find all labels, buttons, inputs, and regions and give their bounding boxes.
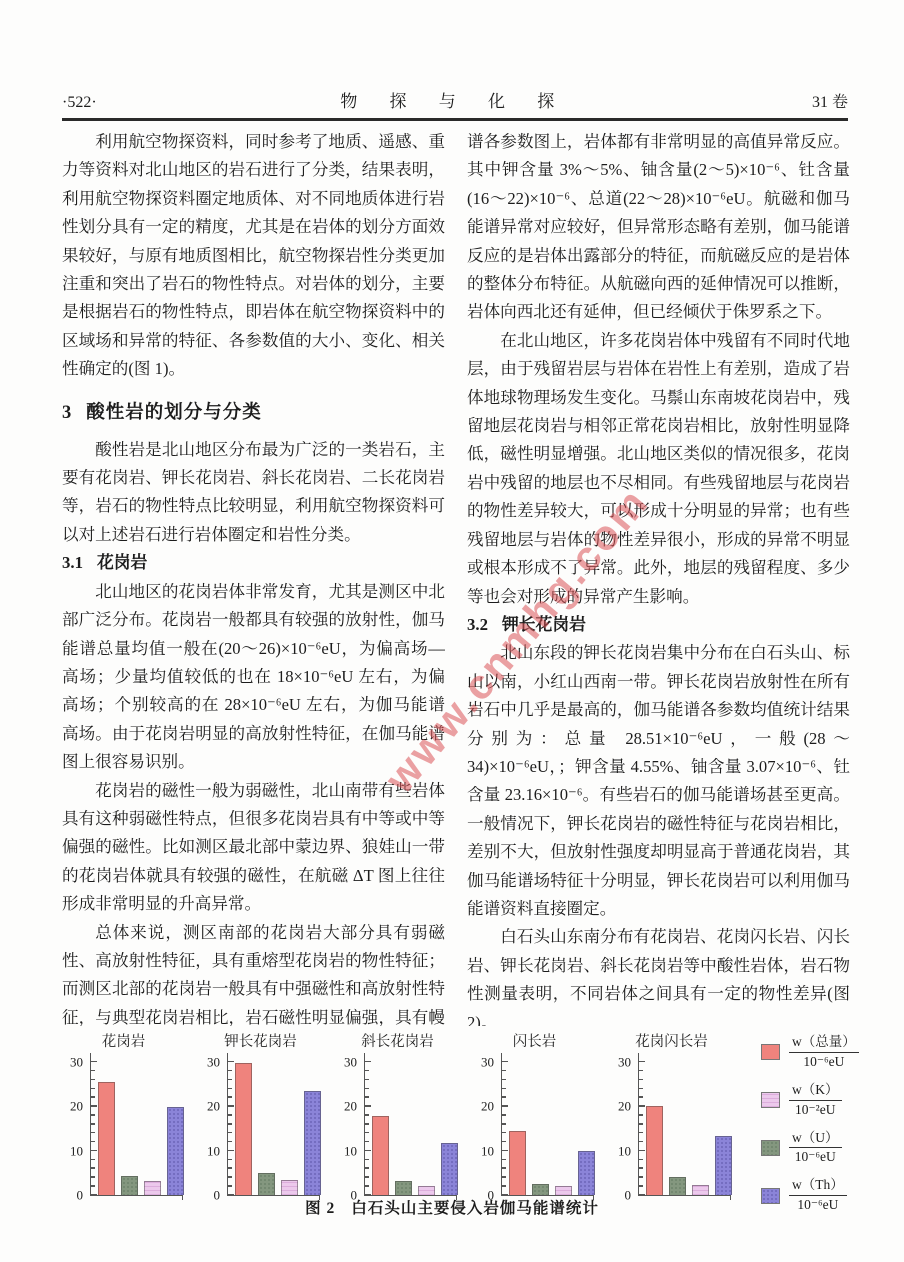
- y-axis-minor-tick: [502, 1123, 506, 1125]
- chart-plot-area: 0102030: [501, 1053, 594, 1196]
- y-axis-minor-tick: [639, 1079, 643, 1081]
- paragraph: 总体来说，测区南部的花岗岩大部分具有弱磁性、高放射性特征，具有重熔型花岗岩的物性…: [62, 919, 445, 1026]
- left-column: 利用航空物探资料，同时参考了地质、遥感、重力等资料对北山地区的岩石进行了分类，结…: [62, 128, 445, 1026]
- y-axis-minor-tick: [502, 1096, 506, 1098]
- y-axis-minor-tick: [365, 1079, 369, 1081]
- y-axis-major-tick: [365, 1105, 371, 1107]
- y-axis-tick-label: 20: [207, 1100, 220, 1113]
- bar-Th: [578, 1151, 595, 1195]
- y-axis-minor-tick: [228, 1176, 232, 1178]
- y-axis-minor-tick: [91, 1141, 95, 1143]
- bar-U: [121, 1176, 138, 1195]
- y-axis-major-tick: [502, 1061, 508, 1063]
- y-axis-minor-tick: [365, 1159, 369, 1161]
- bar-U: [258, 1173, 275, 1195]
- paragraph: 利用航空物探资料，同时参考了地质、遥感、重力等资料对北山地区的岩石进行了分类，结…: [62, 128, 445, 384]
- y-axis-minor-tick: [91, 1185, 95, 1187]
- bar-总量: [98, 1082, 115, 1195]
- bar-总量: [509, 1131, 526, 1195]
- section-3-1-heading: 3.1花岗岩: [62, 549, 445, 577]
- paragraph: 在北山地区，许多花岗岩体中残留有不同时代地层，由于残留岩层与岩体在岩性上有差别，…: [467, 327, 850, 611]
- y-axis-minor-tick: [365, 1167, 369, 1169]
- y-axis-major-tick: [91, 1061, 97, 1063]
- legend-label: w（总量）10⁻⁶eU: [789, 1034, 859, 1071]
- bar-K: [281, 1180, 298, 1195]
- chart-bars: [235, 1063, 321, 1195]
- y-axis-minor-tick: [365, 1070, 369, 1072]
- y-axis-minor-tick: [228, 1123, 232, 1125]
- legend-item: w（U）10⁻⁶eU: [761, 1130, 899, 1167]
- section-title: 花岗岩: [97, 553, 147, 572]
- y-axis-minor-tick: [365, 1114, 369, 1116]
- legend-denominator: 10⁻⁶eU: [789, 1148, 842, 1166]
- legend-numerator: w（U）: [789, 1130, 842, 1149]
- y-axis-minor-tick: [639, 1176, 643, 1178]
- section-number: 3.1: [62, 553, 83, 572]
- paragraph: 谱各参数图上，岩体都有非常明显的高值异常反应。其中钾含量 3%～5%、铀含量(2…: [467, 128, 850, 327]
- y-axis-major-tick: [228, 1061, 234, 1063]
- section-3-heading: 3酸性岩的划分与分类: [62, 398, 445, 424]
- legend-item: w（总量）10⁻⁶eU: [761, 1034, 899, 1071]
- y-axis-minor-tick: [91, 1176, 95, 1178]
- y-axis-major-tick: [365, 1150, 371, 1152]
- y-axis-minor-tick: [91, 1123, 95, 1125]
- y-axis-minor-tick: [228, 1070, 232, 1072]
- y-axis-minor-tick: [502, 1176, 506, 1178]
- chart-legend: w（总量）10⁻⁶eUw（K）10⁻²eUw（U）10⁻⁶eUw（Th）10⁻⁶…: [761, 1034, 899, 1214]
- chart-panel-title: 闪长岩: [471, 1030, 598, 1051]
- section-3-2-heading: 3.2钾长花岗岩: [467, 611, 850, 639]
- y-axis-minor-tick: [639, 1088, 643, 1090]
- y-axis-minor-tick: [91, 1096, 95, 1098]
- y-axis-tick-label: 10: [70, 1144, 83, 1157]
- chart-panel-title: 花岗岩: [60, 1030, 187, 1051]
- y-axis-tick-label: 30: [70, 1055, 83, 1068]
- legend-numerator: w（K）: [789, 1082, 842, 1101]
- bar-Th: [441, 1143, 458, 1195]
- bar-总量: [372, 1116, 389, 1195]
- figure-caption-text: 白石头山主要侵入岩伽马能谱统计: [351, 1200, 599, 1217]
- y-axis-tick-label: 30: [207, 1055, 220, 1068]
- paragraph: 北山东段的钾长花岗岩集中分布在白石头山、标山以南，小红山西南一带。钾长花岗岩放射…: [467, 639, 850, 923]
- y-axis-minor-tick: [365, 1176, 369, 1178]
- bar-U: [532, 1184, 549, 1195]
- chart-bars: [646, 1106, 732, 1195]
- figure-2-bar-charts: 花岗岩0102030钾长花岗岩0102030斜长花岗岩0102030闪长岩010…: [60, 1030, 856, 1200]
- chart-panel: 钾长花岗岩0102030: [197, 1030, 324, 1196]
- paragraph: 花岗岩的磁性一般为弱磁性，北山南带有些岩体具有这种弱磁性特点，但很多花岗岩具有中…: [62, 777, 445, 919]
- y-axis-minor-tick: [365, 1123, 369, 1125]
- bar-U: [395, 1181, 412, 1195]
- section-title: 酸性岩的划分与分类: [86, 403, 262, 423]
- chart-plot-area: 0102030: [90, 1053, 183, 1196]
- y-axis-minor-tick: [502, 1132, 506, 1134]
- paper-page: ·522· 物 探 与 化 探 31 卷 www.cnmhg.com 利用航空物…: [0, 0, 904, 1262]
- y-axis-minor-tick: [639, 1132, 643, 1134]
- y-axis-minor-tick: [228, 1159, 232, 1161]
- paragraph: 酸性岩是北山地区分布最为广泛的一类岩石，主要有花岗岩、钾长花岗岩、斜长花岗岩、二…: [62, 436, 445, 550]
- y-axis-minor-tick: [502, 1185, 506, 1187]
- y-axis-minor-tick: [91, 1079, 95, 1081]
- y-axis-minor-tick: [91, 1167, 95, 1169]
- bar-K: [418, 1186, 435, 1195]
- y-axis-minor-tick: [502, 1167, 506, 1169]
- y-axis-minor-tick: [365, 1141, 369, 1143]
- y-axis-major-tick: [91, 1105, 97, 1107]
- y-axis-minor-tick: [228, 1114, 232, 1116]
- bar-Th: [304, 1091, 321, 1195]
- y-axis-minor-tick: [639, 1185, 643, 1187]
- legend-denominator: 10⁻²eU: [789, 1101, 842, 1119]
- y-axis-minor-tick: [639, 1159, 643, 1161]
- y-axis-minor-tick: [639, 1123, 643, 1125]
- legend-swatch: [761, 1140, 780, 1156]
- right-column: 谱各参数图上，岩体都有非常明显的高值异常反应。其中钾含量 3%～5%、铀含量(2…: [467, 128, 850, 1026]
- y-axis-tick-label: 20: [70, 1100, 83, 1113]
- y-axis-minor-tick: [365, 1088, 369, 1090]
- paragraph: 北山地区的花岗岩体非常发育，尤其是测区中北部广泛分布。花岗岩一般都具有较强的放射…: [62, 578, 445, 777]
- page-number: ·522·: [62, 94, 97, 112]
- y-axis-minor-tick: [639, 1167, 643, 1169]
- chart-plot-area: 0102030: [227, 1053, 320, 1196]
- y-axis-tick-label: 10: [344, 1144, 357, 1157]
- text-columns: 利用航空物探资料，同时参考了地质、遥感、重力等资料对北山地区的岩石进行了分类，结…: [62, 128, 850, 1026]
- y-axis-tick-label: 20: [481, 1100, 494, 1113]
- bar-Th: [715, 1136, 732, 1195]
- chart-panel-title: 花岗闪长岩: [608, 1030, 735, 1051]
- bar-总量: [235, 1063, 252, 1195]
- y-axis-minor-tick: [502, 1114, 506, 1116]
- y-axis-minor-tick: [91, 1114, 95, 1116]
- chart-bars: [509, 1131, 595, 1195]
- y-axis-tick-label: 30: [481, 1055, 494, 1068]
- y-axis-major-tick: [639, 1061, 645, 1063]
- y-axis-minor-tick: [639, 1141, 643, 1143]
- y-axis-minor-tick: [639, 1114, 643, 1116]
- chart-panel: 斜长花岗岩0102030: [334, 1030, 461, 1196]
- y-axis-minor-tick: [639, 1096, 643, 1098]
- y-axis-minor-tick: [365, 1132, 369, 1134]
- bar-Th: [167, 1107, 184, 1195]
- bar-U: [669, 1177, 686, 1195]
- y-axis-major-tick: [639, 1105, 645, 1107]
- legend-label: w（K）10⁻²eU: [789, 1082, 842, 1119]
- bar-K: [555, 1186, 572, 1195]
- chart-bars: [98, 1082, 184, 1195]
- y-axis-major-tick: [228, 1105, 234, 1107]
- y-axis-major-tick: [502, 1150, 508, 1152]
- y-axis-major-tick: [365, 1061, 371, 1063]
- y-axis-tick-label: 10: [207, 1144, 220, 1157]
- legend-denominator: 10⁻⁶eU: [789, 1053, 859, 1071]
- y-axis-tick-label: 20: [344, 1100, 357, 1113]
- y-axis-minor-tick: [91, 1132, 95, 1134]
- y-axis-minor-tick: [502, 1088, 506, 1090]
- y-axis-minor-tick: [502, 1079, 506, 1081]
- section-number: 3.2: [467, 615, 488, 634]
- legend-numerator: w（Th）: [789, 1177, 847, 1196]
- legend-numerator: w（总量）: [789, 1034, 859, 1053]
- y-axis-minor-tick: [91, 1159, 95, 1161]
- figure-caption: 图 2白石头山主要侵入岩伽马能谱统计: [0, 1196, 904, 1218]
- y-axis-major-tick: [228, 1150, 234, 1152]
- y-axis-tick-label: 30: [344, 1055, 357, 1068]
- y-axis-minor-tick: [228, 1132, 232, 1134]
- y-axis-minor-tick: [502, 1141, 506, 1143]
- chart-bars: [372, 1116, 458, 1195]
- y-axis-minor-tick: [502, 1159, 506, 1161]
- section-number: 3: [62, 403, 72, 423]
- y-axis-major-tick: [639, 1150, 645, 1152]
- chart-panel: 花岗闪长岩0102030: [608, 1030, 735, 1196]
- chart-panel-title: 钾长花岗岩: [197, 1030, 324, 1051]
- y-axis-minor-tick: [639, 1070, 643, 1072]
- y-axis-minor-tick: [365, 1096, 369, 1098]
- legend-label: w（U）10⁻⁶eU: [789, 1130, 842, 1167]
- y-axis-tick-label: 30: [618, 1055, 631, 1068]
- y-axis-minor-tick: [228, 1096, 232, 1098]
- y-axis-minor-tick: [91, 1088, 95, 1090]
- volume-number: 31 卷: [812, 89, 848, 112]
- y-axis-minor-tick: [91, 1070, 95, 1072]
- legend-swatch: [761, 1044, 780, 1060]
- y-axis-tick-label: 10: [618, 1144, 631, 1157]
- page-header: ·522· 物 探 与 化 探 31 卷: [62, 84, 848, 121]
- chart-panel-title: 斜长花岗岩: [334, 1030, 461, 1051]
- chart-plot-area: 0102030: [364, 1053, 457, 1196]
- bar-K: [144, 1181, 161, 1195]
- chart-panel: 闪长岩0102030: [471, 1030, 598, 1196]
- chart-plot-area: 0102030: [638, 1053, 731, 1196]
- y-axis-major-tick: [502, 1105, 508, 1107]
- chart-panel: 花岗岩0102030: [60, 1030, 187, 1196]
- y-axis-tick-label: 10: [481, 1144, 494, 1157]
- paragraph: 白石头山东南分布有花岗岩、花岗闪长岩、闪长岩、钾长花岗岩、斜长花岗岩等中酸性岩体…: [467, 923, 850, 1026]
- bar-K: [692, 1185, 709, 1195]
- y-axis-major-tick: [91, 1150, 97, 1152]
- section-title: 钾长花岗岩: [502, 615, 586, 634]
- y-axis-minor-tick: [228, 1141, 232, 1143]
- journal-title: 物 探 与 化 探: [340, 87, 568, 112]
- legend-swatch: [761, 1092, 780, 1108]
- y-axis-minor-tick: [502, 1070, 506, 1072]
- y-axis-tick-label: 20: [618, 1100, 631, 1113]
- y-axis-minor-tick: [228, 1088, 232, 1090]
- legend-item: w（K）10⁻²eU: [761, 1082, 899, 1119]
- figure-number: 图 2: [305, 1200, 335, 1217]
- y-axis-minor-tick: [228, 1167, 232, 1169]
- y-axis-minor-tick: [228, 1079, 232, 1081]
- y-axis-minor-tick: [365, 1185, 369, 1187]
- y-axis-minor-tick: [228, 1185, 232, 1187]
- bar-总量: [646, 1106, 663, 1195]
